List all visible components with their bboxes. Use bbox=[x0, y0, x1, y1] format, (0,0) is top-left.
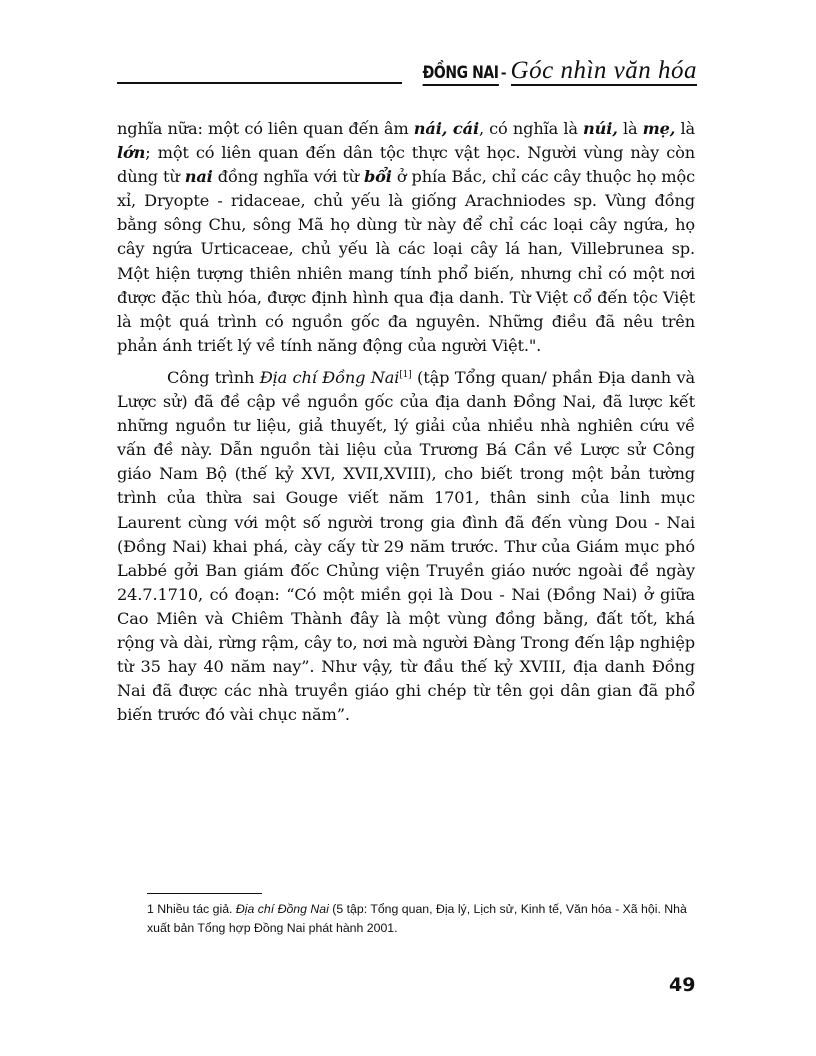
text-run: nghĩa nữa: một có liên quan đến âm bbox=[117, 119, 414, 138]
header-book-title: ĐỒNG NAI bbox=[423, 62, 499, 86]
footnote-rule bbox=[147, 893, 262, 894]
text-run: , có nghĩa là bbox=[479, 119, 583, 138]
emphasized-term: bổi bbox=[364, 167, 392, 186]
footnote-cited-title: Địa chí Đồng Nai bbox=[236, 902, 329, 916]
page-number: 49 bbox=[669, 974, 695, 996]
text-run: là bbox=[675, 119, 695, 138]
text-run: (tập Tổng quan/ phần Địa danh và Lược sử… bbox=[117, 368, 695, 724]
text-run: ở phía Bắc, chỉ các cây thuộc họ mộc xỉ,… bbox=[117, 167, 695, 355]
emphasized-term: núi, bbox=[583, 119, 618, 138]
running-header: ĐỒNG NAI - Góc nhìn văn hóa bbox=[117, 58, 697, 88]
footnote-text-before: Nhiều tác giả. bbox=[154, 902, 236, 916]
cited-title: Địa chí Đồng Nai bbox=[260, 368, 400, 387]
header-subtitle: Góc nhìn văn hóa bbox=[511, 58, 697, 86]
body-text: nghĩa nữa: một có liên quan đến âm nái, … bbox=[117, 117, 695, 727]
footnote-ref: [1] bbox=[399, 370, 411, 380]
footnote-number: 1 bbox=[147, 902, 154, 916]
emphasized-term: nai bbox=[185, 167, 213, 186]
footnote: 1 Nhiều tác giả. Địa chí Đồng Nai (5 tập… bbox=[147, 900, 697, 938]
paragraph-1: nghĩa nữa: một có liên quan đến âm nái, … bbox=[117, 117, 695, 358]
emphasized-term: nái, cái bbox=[414, 119, 479, 138]
text-run: là bbox=[618, 119, 643, 138]
emphasized-term: lớn bbox=[117, 143, 145, 162]
paragraph-2: Công trình Địa chí Đồng Nai[1] (tập Tổng… bbox=[117, 366, 695, 727]
header-title: ĐỒNG NAI - Góc nhìn văn hóa bbox=[402, 58, 697, 86]
emphasized-term: mẹ, bbox=[643, 119, 676, 138]
header-separator: - bbox=[501, 63, 507, 83]
text-run: Công trình bbox=[167, 368, 260, 387]
text-run: đồng nghĩa với từ bbox=[213, 167, 364, 186]
